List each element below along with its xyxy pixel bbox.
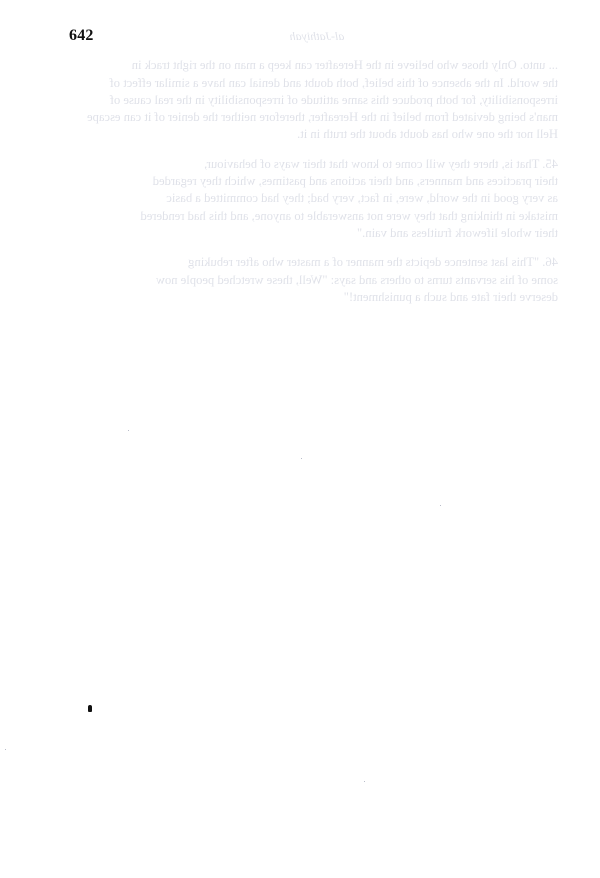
show-through-line: man's being deviated from belief in the … (66, 109, 558, 126)
dust-speck (128, 430, 129, 431)
dust-speck (301, 458, 302, 459)
show-through-line: the world. In the absence of this belief… (66, 75, 558, 92)
book-page: 642 al-Jathiyah ... unto. Only those who… (0, 0, 600, 878)
show-through-line: ... unto. Only those who believe in the … (66, 57, 558, 74)
show-through-paragraph: 45. That is, there they will come to kno… (66, 156, 558, 242)
show-through-line: 46. "This last sentence depicts the mann… (66, 254, 558, 271)
show-through-line: as very good in the world, were, in fact… (66, 190, 558, 207)
dust-speck (5, 749, 6, 750)
show-through-line: some of his servants turns to others and… (66, 272, 558, 289)
show-through-line: deserve their fate and such a punishment… (66, 289, 558, 306)
show-through-paragraph: ... unto. Only those who believe in the … (66, 57, 558, 143)
show-through-paragraphs: ... unto. Only those who believe in the … (66, 57, 558, 306)
show-through-line: 45. That is, there they will come to kno… (66, 156, 558, 173)
show-through-running-head: al-Jathiyah (66, 28, 558, 45)
show-through-line: Hell nor the one who has doubt about the… (66, 126, 558, 143)
show-through-paragraph: 46. "This last sentence depicts the mann… (66, 254, 558, 306)
show-through-line: their practices and manners, and their a… (66, 173, 558, 190)
dust-speck (364, 781, 365, 782)
show-through-line: irresponsibility, for both produce this … (66, 92, 558, 109)
show-through-line: mistake in thinking that they were not a… (66, 208, 558, 225)
ink-speck (88, 705, 92, 712)
show-through-text: al-Jathiyah ... unto. Only those who bel… (66, 28, 558, 318)
show-through-line: their whole lifework fruitless and vain.… (66, 225, 558, 242)
dust-speck (440, 505, 441, 506)
